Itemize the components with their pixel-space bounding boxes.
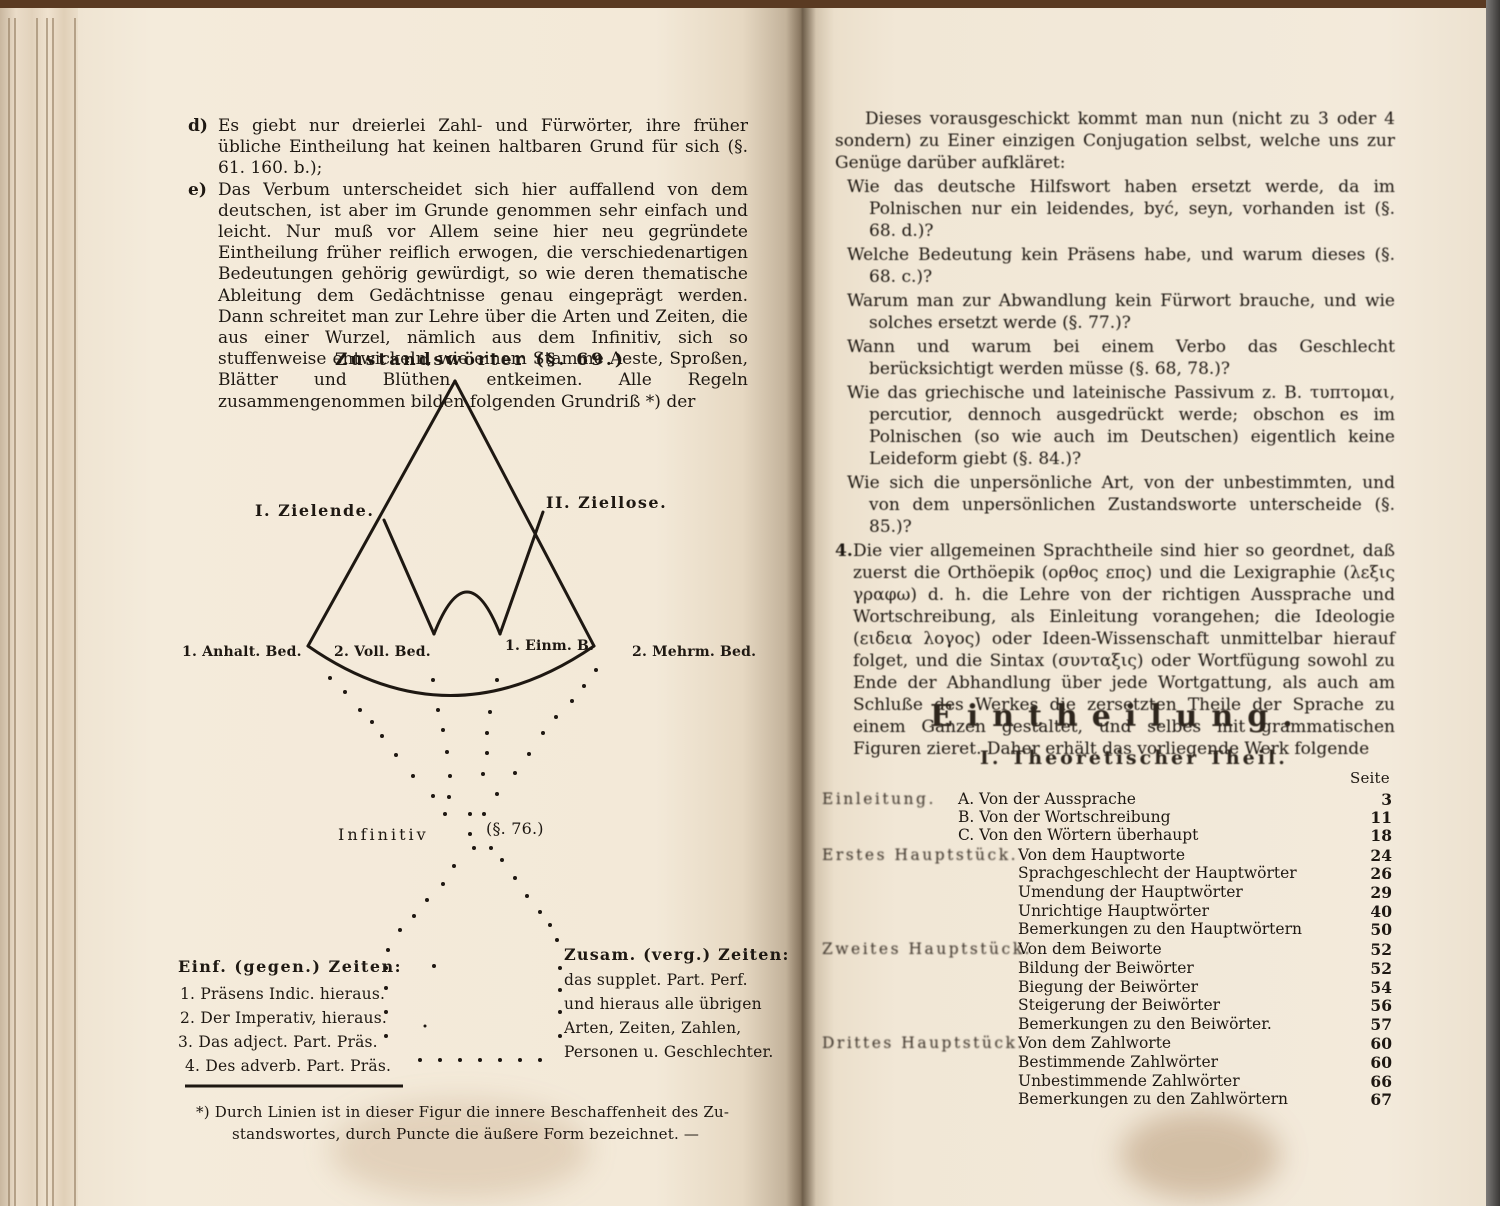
compound-tense-line: und hieraus alle übrigen bbox=[564, 994, 762, 1015]
toc-page-number: 50 bbox=[1352, 920, 1392, 939]
toc-row: Erstes Hauptstück. Von dem Hauptworte 24 bbox=[822, 846, 1402, 866]
question-item: Wie das deutsche Hilfswort haben ersetzt… bbox=[847, 176, 1395, 242]
toc-row: B. Von der Wortschreibung 11 bbox=[822, 808, 1402, 828]
toc-row: Drittes Hauptstück. Von dem Zahlworte 60 bbox=[822, 1034, 1402, 1054]
compound-tense-line: Arten, Zeiten, Zahlen, bbox=[564, 1018, 741, 1039]
question-item: Wann und warum bei einem Verbo das Gesch… bbox=[847, 336, 1395, 380]
toc-page-number: 18 bbox=[1352, 826, 1392, 845]
toc-row: Zweites Hauptstück. Von dem Beiworte 52 bbox=[822, 940, 1402, 960]
toc-row: Bestimmende Zahlwörter 60 bbox=[822, 1053, 1402, 1073]
toc-row: Bildung der Beiwörter 52 bbox=[822, 959, 1402, 979]
toc-row: C. Von den Wörtern überhaupt 18 bbox=[822, 826, 1402, 846]
toc-row: Unrichtige Hauptwörter 40 bbox=[822, 902, 1402, 922]
simple-tense-line: 4. Des adverb. Part. Präs. bbox=[185, 1056, 391, 1077]
toc-entry-label: Umendung der Hauptwörter bbox=[1018, 883, 1243, 901]
simple-tense-line: 2. Der Imperativ, hieraus. bbox=[180, 1008, 387, 1029]
toc-entry-label: Bemerkungen zu den Beiwörter. bbox=[1018, 1015, 1272, 1033]
toc-row: Steigerung der Beiwörter 56 bbox=[822, 996, 1402, 1016]
toc-row: Bemerkungen zu den Zahlwörtern 67 bbox=[822, 1090, 1402, 1110]
question-item: Wie sich die unpersönliche Art, von der … bbox=[847, 472, 1395, 538]
footnote-line: standswortes, durch Puncte die äußere Fo… bbox=[232, 1124, 699, 1145]
toc-page-number: 40 bbox=[1352, 902, 1392, 921]
toc-row: Unbestimmende Zahlwörter 66 bbox=[822, 1072, 1402, 1092]
toc-page-number: 52 bbox=[1352, 940, 1392, 959]
question-item: Welche Bedeutung kein Präsens habe, und … bbox=[847, 244, 1395, 288]
simple-tense-line: 3. Das adject. Part. Präs. bbox=[178, 1032, 378, 1053]
toc-entry-label: A. Von der Aussprache bbox=[958, 790, 1136, 808]
toc-entry-label: B. Von der Wortschreibung bbox=[958, 808, 1171, 826]
open-book: d) Es giebt nur dreierlei Zahl- und Fürw… bbox=[0, 0, 1500, 1206]
toc-page-number: 66 bbox=[1352, 1072, 1392, 1091]
right-page-paragraphs: Dieses vorausgeschickt kommt man nun (ni… bbox=[835, 108, 1395, 760]
toc-page-number: 11 bbox=[1352, 808, 1392, 827]
toc-section-label: Erstes Hauptstück. bbox=[822, 846, 1018, 864]
toc-page-number: 54 bbox=[1352, 978, 1392, 997]
toc-part-heading: I. Theoretischer Theil. bbox=[980, 748, 1288, 769]
footnote-line: *) Durch Linien ist in dieser Figur die … bbox=[196, 1102, 729, 1123]
toc-entry-label: Von dem Beiworte bbox=[1018, 940, 1162, 958]
toc-entry-label: Bildung der Beiwörter bbox=[1018, 959, 1194, 977]
toc-page-number: 60 bbox=[1352, 1034, 1392, 1053]
compound-tense-line: Personen u. Geschlechter. bbox=[564, 1042, 774, 1063]
toc-row: Sprachgeschlecht der Hauptwörter 26 bbox=[822, 864, 1402, 884]
intro-paragraph: Dieses vorausgeschickt kommt man nun (ni… bbox=[835, 108, 1395, 174]
toc-page-number: 56 bbox=[1352, 996, 1392, 1015]
toc-page-number: 26 bbox=[1352, 864, 1392, 883]
toc-entry-label: Unbestimmende Zahlwörter bbox=[1018, 1072, 1240, 1090]
toc-entry-label: Von dem Hauptworte bbox=[1018, 846, 1185, 864]
simple-tense-line: 1. Präsens Indic. hieraus. bbox=[180, 984, 385, 1005]
toc-title: Eintheilung. bbox=[930, 706, 1307, 727]
toc-entry-label: Steigerung der Beiwörter bbox=[1018, 996, 1220, 1014]
toc-entry-label: Von dem Zahlworte bbox=[1018, 1034, 1171, 1052]
toc-page-number: 60 bbox=[1352, 1053, 1392, 1072]
compound-tenses-heading: Zusam. (verg.) Zeiten: bbox=[564, 944, 790, 965]
toc-page-number: 24 bbox=[1352, 846, 1392, 865]
toc-section-label: Einleitung. bbox=[822, 790, 936, 808]
toc-entry-label: Bemerkungen zu den Hauptwörtern bbox=[1018, 920, 1302, 938]
toc-entry-label: C. Von den Wörtern überhaupt bbox=[958, 826, 1198, 844]
toc-row: Umendung der Hauptwörter 29 bbox=[822, 883, 1402, 903]
toc-page-header: Seite bbox=[1350, 768, 1390, 789]
toc-row: Bemerkungen zu den Hauptwörtern 50 bbox=[822, 920, 1402, 940]
toc-page-number: 67 bbox=[1352, 1090, 1392, 1109]
toc-page-number: 57 bbox=[1352, 1015, 1392, 1034]
toc-entry-label: Unrichtige Hauptwörter bbox=[1018, 902, 1209, 920]
toc-section-label: Zweites Hauptstück. bbox=[822, 940, 1032, 958]
toc-section-label: Drittes Hauptstück. bbox=[822, 1034, 1025, 1052]
toc-entry-label: Sprachgeschlecht der Hauptwörter bbox=[1018, 864, 1297, 882]
question-item: Wie das griechische und lateinische Pass… bbox=[847, 382, 1395, 470]
toc-page-number: 3 bbox=[1352, 790, 1392, 809]
toc-page-number: 52 bbox=[1352, 959, 1392, 978]
toc-row: Einleitung. A. Von der Aussprache 3 bbox=[822, 790, 1402, 810]
compound-tense-line: das supplet. Part. Perf. bbox=[564, 970, 748, 991]
toc-row: Bemerkungen zu den Beiwörter. 57 bbox=[822, 1015, 1402, 1035]
toc-entry-label: Bemerkungen zu den Zahlwörtern bbox=[1018, 1090, 1288, 1108]
toc-entry-label: Biegung der Beiwörter bbox=[1018, 978, 1198, 996]
point-marker: 4. bbox=[835, 540, 853, 760]
question-item: Warum man zur Abwandlung kein Fürwort br… bbox=[847, 290, 1395, 334]
toc-page-number: 29 bbox=[1352, 883, 1392, 902]
simple-tenses-heading: Einf. (gegen.) Zeiten: bbox=[178, 956, 402, 977]
toc-entry-label: Bestimmende Zahlwörter bbox=[1018, 1053, 1218, 1071]
toc-row: Biegung der Beiwörter 54 bbox=[822, 978, 1402, 998]
